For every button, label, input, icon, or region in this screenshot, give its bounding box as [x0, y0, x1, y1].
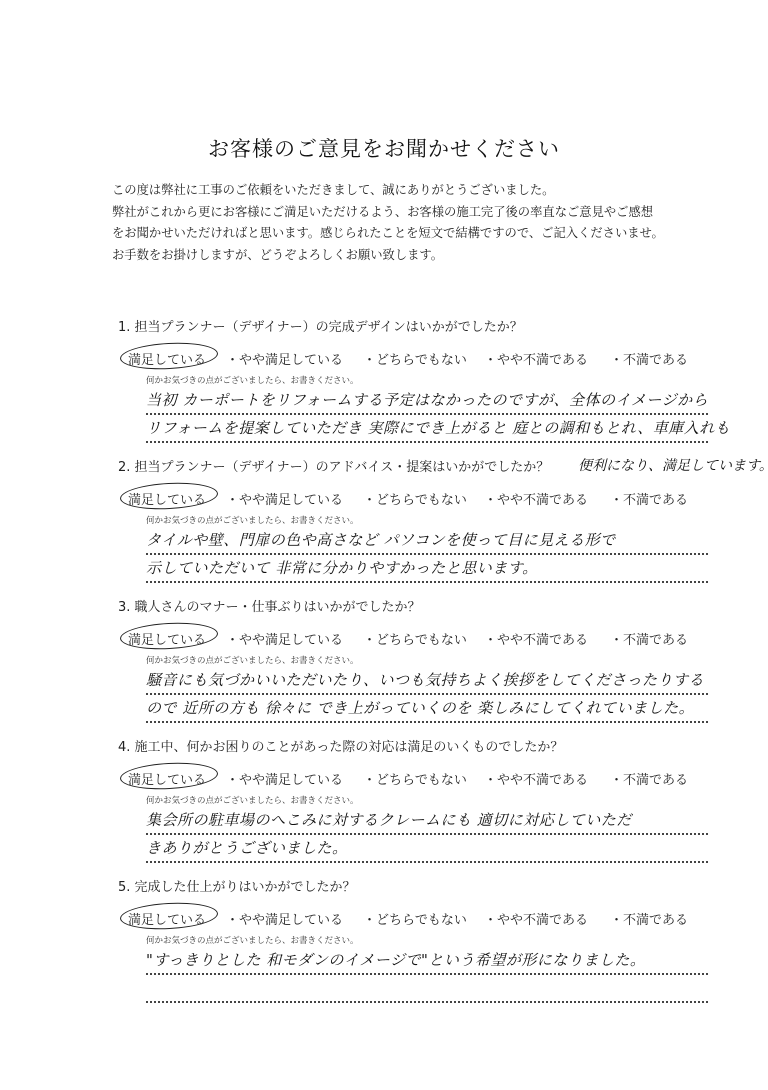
comment-line[interactable]: 当初 カーポートをリフォームする予定はなかったのですが、全体のイメージから [146, 387, 708, 415]
comment-label: 何かお気づきの点がございましたら、お書きください。 [146, 935, 758, 947]
rating-options: 満足している ・やや満足している ・どちらでもない ・やや不満である ・不満であ… [118, 906, 758, 932]
intro-line: お手数をお掛けしますが、どうぞよろしくお願い致します。 [112, 245, 664, 267]
intro-line: この度は弊社に工事のご依頼をいただきまして、誠にありがとうございました。 [112, 180, 664, 202]
option-neutral[interactable]: ・どちらでもない [363, 489, 467, 508]
comment-label: 何かお気づきの点がございましたら、お書きください。 [146, 795, 758, 807]
option-somewhat-dissatisfied[interactable]: ・やや不満である [484, 909, 588, 928]
comment-line[interactable]: ので 近所の方も 徐々に でき上がっていくのを 楽しみにしてくれていました。 [146, 695, 708, 723]
option-satisfied[interactable]: 満足している [128, 629, 206, 648]
option-neutral[interactable]: ・どちらでもない [363, 909, 467, 928]
option-satisfied[interactable]: 満足している [128, 349, 206, 368]
question-4: 4. 施工中、何かお困りのことがあった際の対応は満足のいくものでしたか？ 満足し… [118, 738, 758, 863]
option-dissatisfied[interactable]: ・不満である [610, 769, 688, 788]
comment-label: 何かお気づきの点がございましたら、お書きください。 [146, 515, 758, 527]
question-title: 2. 担当プランナー（デザイナー）のアドバイス・提案はいかがでしたか？ [118, 458, 758, 478]
intro-text: この度は弊社に工事のご依頼をいただきまして、誠にありがとうございました。 弊社が… [112, 180, 664, 266]
option-somewhat-satisfied[interactable]: ・やや満足している [226, 489, 343, 508]
comment-line[interactable]: リフォームを提案していただき 実際にでき上がると 庭との調和もとれ、車庫入れも [146, 415, 708, 443]
option-satisfied[interactable]: 満足している [128, 909, 206, 928]
option-neutral[interactable]: ・どちらでもない [363, 349, 467, 368]
option-dissatisfied[interactable]: ・不満である [610, 489, 688, 508]
comment-line[interactable]: 示していただいて 非常に分かりやすかったと思います。 [146, 555, 708, 583]
comment-line[interactable]: タイルや壁、門扉の色や高さなど パソコンを使って目に見える形で [146, 527, 708, 555]
option-dissatisfied[interactable]: ・不満である [610, 629, 688, 648]
option-satisfied[interactable]: 満足している [128, 769, 206, 788]
page-title: お客様のご意見をお聞かせください [0, 133, 768, 163]
option-somewhat-dissatisfied[interactable]: ・やや不満である [484, 349, 588, 368]
comment-line[interactable]: 集会所の駐車場のへこみに対するクレームにも 適切に対応していただ [146, 807, 708, 835]
rating-options: 満足している ・やや満足している ・どちらでもない ・やや不満である ・不満であ… [118, 346, 758, 372]
question-title: 5. 完成した仕上がりはいかがでしたか？ [118, 878, 758, 898]
comment-line[interactable] [146, 975, 708, 1003]
rating-options: 満足している ・やや満足している ・どちらでもない ・やや不満である ・不満であ… [118, 626, 758, 652]
option-neutral[interactable]: ・どちらでもない [363, 769, 467, 788]
option-dissatisfied[interactable]: ・不満である [610, 909, 688, 928]
option-somewhat-satisfied[interactable]: ・やや満足している [226, 349, 343, 368]
option-somewhat-satisfied[interactable]: ・やや満足している [226, 909, 343, 928]
comment-label: 何かお気づきの点がございましたら、お書きください。 [146, 655, 758, 667]
comment-label: 何かお気づきの点がございましたら、お書きください。 [146, 375, 758, 387]
question-1: 1. 担当プランナー（デザイナー）の完成デザインはいかがでしたか？ 満足している… [118, 318, 758, 443]
option-somewhat-satisfied[interactable]: ・やや満足している [226, 629, 343, 648]
question-5: 5. 完成した仕上がりはいかがでしたか？ 満足している ・やや満足している ・ど… [118, 878, 758, 1003]
comment-line[interactable]: "すっきりとした 和モダンのイメージで"という希望が形になりました。 [146, 947, 708, 975]
question-3: 3. 職人さんのマナー・仕事ぶりはいかがでしたか？ 満足している ・やや満足して… [118, 598, 758, 723]
question-title: 3. 職人さんのマナー・仕事ぶりはいかがでしたか？ [118, 598, 758, 618]
question-title: 1. 担当プランナー（デザイナー）の完成デザインはいかがでしたか？ [118, 318, 758, 338]
question-2: 2. 担当プランナー（デザイナー）のアドバイス・提案はいかがでしたか？ 満足して… [118, 458, 758, 583]
question-title: 4. 施工中、何かお困りのことがあった際の対応は満足のいくものでしたか？ [118, 738, 758, 758]
option-satisfied[interactable]: 満足している [128, 489, 206, 508]
rating-options: 満足している ・やや満足している ・どちらでもない ・やや不満である ・不満であ… [118, 486, 758, 512]
option-neutral[interactable]: ・どちらでもない [363, 629, 467, 648]
option-somewhat-dissatisfied[interactable]: ・やや不満である [484, 769, 588, 788]
rating-options: 満足している ・やや満足している ・どちらでもない ・やや不満である ・不満であ… [118, 766, 758, 792]
intro-line: をお聞かせいただければと思います。感じられたことを短文で結構ですので、ご記入くだ… [112, 223, 664, 245]
comment-line[interactable]: 騒音にも気づかいいただいたり、いつも気持ちよく挨拶をしてくださったりする [146, 667, 708, 695]
comment-line[interactable]: きありがとうございました。 [146, 835, 708, 863]
option-somewhat-dissatisfied[interactable]: ・やや不満である [484, 629, 588, 648]
option-somewhat-dissatisfied[interactable]: ・やや不満である [484, 489, 588, 508]
option-somewhat-satisfied[interactable]: ・やや満足している [226, 769, 343, 788]
option-dissatisfied[interactable]: ・不満である [610, 349, 688, 368]
intro-line: 弊社がこれから更にお客様にご満足いただけるよう、お客様の施工完了後の率直なご意見… [112, 202, 664, 224]
